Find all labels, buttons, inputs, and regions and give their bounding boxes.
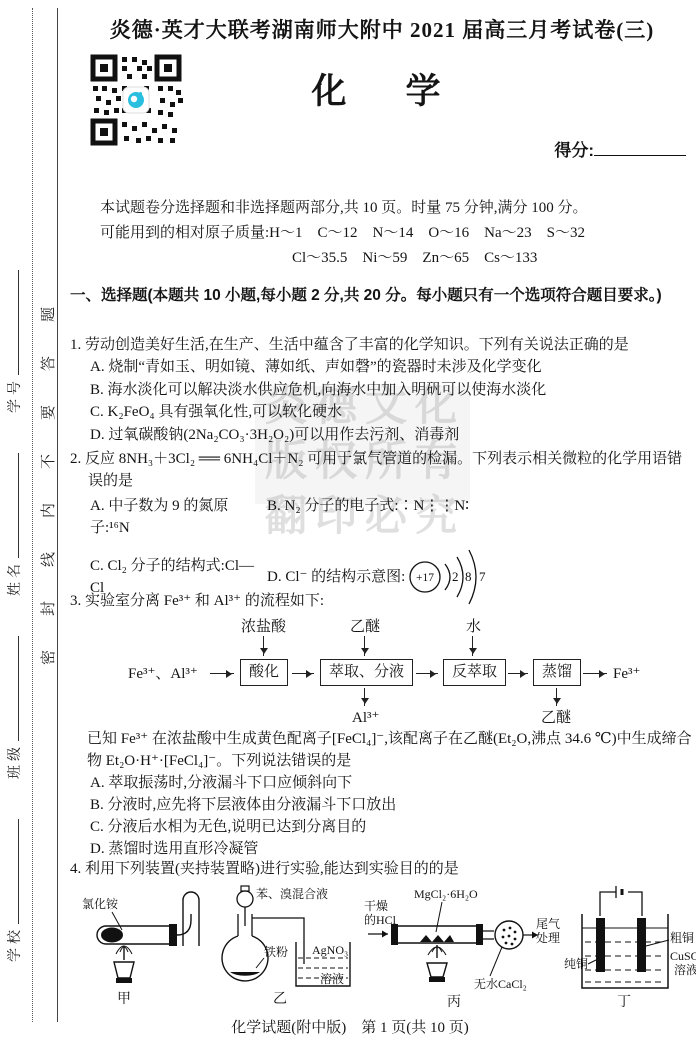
paper-title: 炎德·英才大联考湖南师大附中 2021 届高三月考试卷(三) [70,14,694,44]
q3-separation-flowchart: 浓盐酸 乙醚 水 Fe³⁺、Al³⁺ 酸化 萃取、分液 反萃取 蒸馏 Fe³⁺ … [128,614,700,726]
svg-text:溶液: 溶液 [674,962,696,977]
section-heading: 一、选择题(本题共 10 小题,每小题 2 分,共 20 分。每小题只有一个选项… [70,284,696,307]
flow-box-acidify: 酸化 [240,659,288,686]
flow-box-back-extract: 反萃取 [443,659,506,686]
svg-text:AgNO₃: AgNO₃ [312,943,348,957]
svg-text:7: 7 [479,569,486,584]
svg-text:CuSO₄: CuSO₄ [670,949,696,963]
q3-stem: 3. 实验室分离 Fe³⁺ 和 Al³⁺ 的流程如下: [70,590,696,612]
q2-option-d-text: D. Cl⁻ 的结构示意图: [267,566,405,588]
down-arrow-icon [364,636,365,656]
flow-box-distill: 蒸馏 [533,659,581,686]
q3-option-b: B. 分液时,应先将下层液体由分液漏斗下口放出 [70,794,696,816]
score-label: 得分: [554,141,594,160]
q1-option-c: C. K₂FeO₄ 具有强氧化性,可以软化硬水 [70,401,696,423]
q1-option-b: B. 海水淡化可以解决淡水供应危机,向海水中加入明矾可以使海水淡化 [70,379,696,401]
svg-text:铁粉: 铁粉 [264,944,288,959]
svg-text:+17: +17 [416,572,434,584]
field-number-label: 学号 [8,377,23,413]
svg-text:8: 8 [465,569,472,584]
svg-text:丁: 丁 [617,994,631,1010]
seal-dotted-line [32,8,33,1022]
svg-text:纯铜: 纯铜 [564,956,588,971]
right-arrow-icon [416,673,438,674]
subject-title: 化 学 [70,64,694,114]
field-name-blank [7,453,19,558]
page-footer: 化学试题(附中版) 第 1 页(共 10 页) [0,1016,700,1037]
apparatus-jia-diagram: 氯化铵 甲 [70,884,204,1012]
apparatus-yi-diagram: 苯、溴混合液 铁粉 AgNO₃ [208,884,358,1012]
flow-input-hcl: 浓盐酸 [241,616,286,638]
svg-text:溶液: 溶液 [320,971,344,986]
field-name-label: 姓名 [8,560,23,596]
q1-option-a: A. 烧制“青如玉、明如镜、薄如纸、声如磬”的瓷器时未涉及化学变化 [70,356,696,378]
q3-option-d: D. 蒸馏时选用直形冷凝管 [70,838,696,860]
svg-text:丙: 丙 [447,994,461,1010]
question-4: 4. 利用下列装置(夹持装置略)进行实验,能达到实验目的的是 氯化铵 [70,858,696,1012]
apparatus-bing-diagram: 干燥 的HCl MgCl₂·6H₂O [362,884,560,1012]
field-class-blank [7,636,19,741]
question-3: 3. 实验室分离 Fe³⁺ 和 Al³⁺ 的流程如下: 浓盐酸 乙醚 水 Fe³… [70,590,696,860]
q3-option-a: A. 萃取振荡时,分液漏斗下口应倾斜向下 [70,772,696,794]
exam-instructions: 本试题卷分选择题和非选择题两部分,共 10 页。时量 75 分钟,满分 100 … [70,196,696,271]
score-field: 得分: [554,136,686,161]
flow-input-ether: 乙醚 [350,616,380,638]
svg-text:甲: 甲 [117,991,131,1007]
right-arrow-icon [583,673,607,674]
q3-known-info: 已知 Fe³⁺ 在浓盐酸中生成黄色配离子[FeCl₄]⁻,该配离子在乙醚(Et₂… [70,728,696,772]
flow-feed: Fe³⁺、Al³⁺ [128,663,198,685]
q2-option-a: A. 中子数为 9 的氮原子:¹⁶N [90,495,267,539]
atomic-mass-line2: Cl～35.5 Ni～59 Zn～65 Cs～133 [70,246,696,271]
svg-text:粗铜: 粗铜 [670,930,694,945]
down-arrow-icon [263,636,264,656]
svg-text:氯化铵: 氯化铵 [82,897,119,911]
svg-text:干燥: 干燥 [364,898,388,913]
right-arrow-icon [292,673,314,674]
down-arrow-icon [472,636,473,656]
flow-input-water: 水 [466,616,481,638]
q4-apparatus-row: 氯化铵 甲 [70,884,696,1012]
down-arrow-icon [556,688,557,706]
exam-paper-page: 炎德文化 版权所有 翻印必究 学校班级姓名学号 密封线内不要答题 炎德·英才大联… [0,0,700,1049]
q2-options-row1: A. 中子数为 9 的氮原子:¹⁶N B. N₂ 分子的电子式:∶N⋮⋮N∶ [70,495,696,539]
right-arrow-icon [508,673,528,674]
svg-text:2: 2 [452,569,459,584]
apparatus-yi: 苯、溴混合液 铁粉 AgNO₃ [208,884,358,1012]
svg-text:MgCl₂·6H₂O: MgCl₂·6H₂O [414,887,478,901]
seal-warning-text: 密封线内不要答题 [37,273,58,665]
apparatus-bing: 干燥 的HCl MgCl₂·6H₂O [362,884,560,1012]
field-class-label: 班级 [8,743,23,779]
question-1: 1. 劳动创造美好生活,在生产、生活中蕴含了丰富的化学知识。下列有关说法正确的是… [70,334,696,446]
flow-output-al: Al³⁺ [352,707,379,729]
q1-option-d: D. 过氧碳酸钠(2Na₂CO₃·3H₂O₂)可以用作去污剂、消毒剂 [70,424,696,446]
instruction-line: 本试题卷分选择题和非选择题两部分,共 10 页。时量 75 分钟,满分 100 … [70,196,696,221]
score-blank [594,142,686,156]
svg-text:处理: 处理 [536,930,560,945]
q1-stem: 1. 劳动创造美好生活,在生产、生活中蕴含了丰富的化学知识。下列有关说法正确的是 [70,334,696,356]
svg-text:尾气: 尾气 [536,916,560,931]
q2-stem: 2. 反应 8NH₃＋3Cl₂ ══ 6NH₄Cl＋N₂ 可用于氯气管道的检漏。… [70,448,696,492]
field-school-blank [7,819,19,924]
right-arrow-icon [210,673,234,674]
flow-box-extract: 萃取、分液 [320,659,413,686]
apparatus-jia: 氯化铵 甲 [70,884,204,1012]
flow-output-ether: 乙醚 [541,707,571,729]
flow-product: Fe³⁺ [613,663,640,685]
q2-option-b: B. N₂ 分子的电子式:∶N⋮⋮N∶ [267,495,469,539]
q4-stem: 4. 利用下列装置(夹持装置略)进行实验,能达到实验目的的是 [70,858,696,880]
field-school-label: 学校 [8,926,23,962]
apparatus-ding: 纯铜 粗铜 CuSO₄ 溶液 丁 [564,884,696,1012]
apparatus-ding-diagram: 纯铜 粗铜 CuSO₄ 溶液 丁 [564,884,696,1012]
svg-text:苯、溴混合液: 苯、溴混合液 [256,886,328,901]
q3-option-c: C. 分液后水相为无色,说明已达到分离目的 [70,816,696,838]
atomic-mass-line: 可能用到的相对原子质量:H～1 C～12 N～14 O～16 Na～23 S～3… [70,221,696,246]
field-number-blank [7,270,19,375]
svg-text:无水CaCl₂: 无水CaCl₂ [474,976,527,991]
svg-text:乙: 乙 [273,992,287,1007]
student-info-fields: 学校班级姓名学号 [4,230,24,962]
down-arrow-icon [364,688,365,706]
